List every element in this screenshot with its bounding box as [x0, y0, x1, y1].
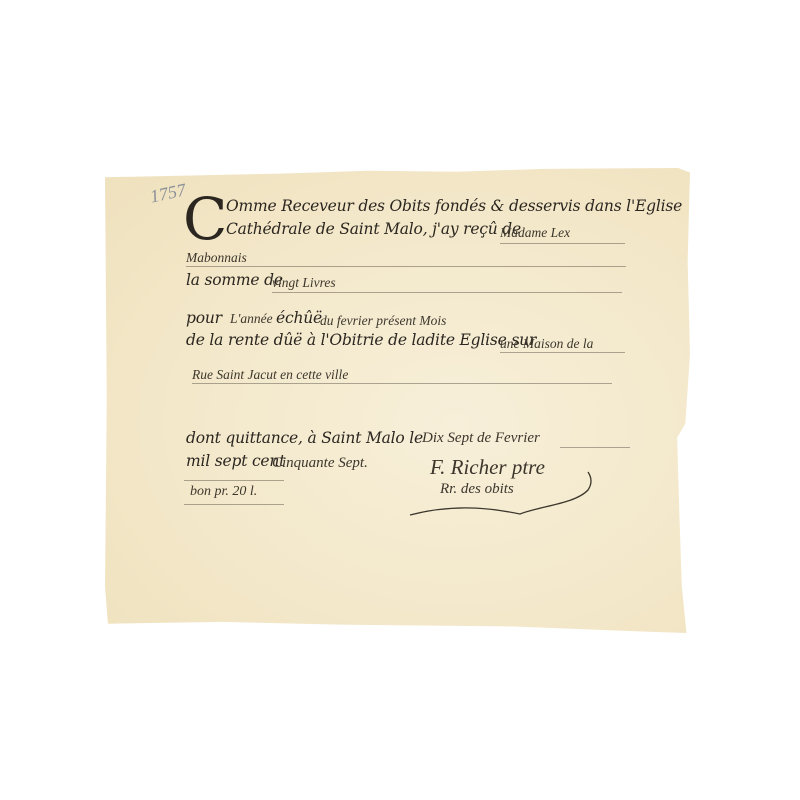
amount-label: la somme de	[186, 271, 283, 289]
amount-note-top-rule	[184, 480, 284, 481]
year-value: Cinquante Sept.	[272, 455, 368, 472]
property-location: Rue Saint Jacut en cette ville	[192, 367, 348, 383]
line-5-handwritten-a: L'année	[230, 311, 273, 327]
date-value: Dix Sept de Fevrier	[422, 430, 540, 447]
line-3-rule	[186, 266, 626, 267]
line-4-rule	[272, 292, 622, 293]
line-2-rule	[500, 243, 625, 244]
drop-cap: C	[183, 190, 227, 248]
line-8-rule	[560, 447, 630, 448]
payer-name-part-2: Mabonnais	[186, 250, 247, 266]
line-5-printed-b: échûë	[276, 309, 322, 327]
line-2-printed: Cathédrale de Saint Malo, j'ay reçû de	[226, 220, 521, 238]
amount-note: bon pr. 20 l.	[190, 484, 257, 500]
line-7-rule	[192, 383, 612, 384]
amount-value: vingt Livres	[272, 275, 336, 291]
line-9-printed: mil sept cent	[186, 452, 285, 470]
payer-name-part-1: Madame Lex	[500, 225, 570, 241]
period-value: du fevrier présent Mois	[320, 313, 446, 329]
signature-flourish	[400, 470, 620, 520]
line-1-printed: Omme Receveur des Obits fondés & desserv…	[226, 197, 682, 215]
line-8-printed: dont quittance, à Saint Malo le	[186, 429, 423, 447]
line-5-printed-a: pour	[186, 309, 222, 327]
line-6-printed: de la rente dûë à l'Obitrie de ladite Eg…	[186, 331, 536, 349]
line-6-rule	[500, 352, 625, 353]
property-value: une Maison de la	[500, 336, 593, 352]
amount-note-bottom-rule	[184, 504, 284, 505]
